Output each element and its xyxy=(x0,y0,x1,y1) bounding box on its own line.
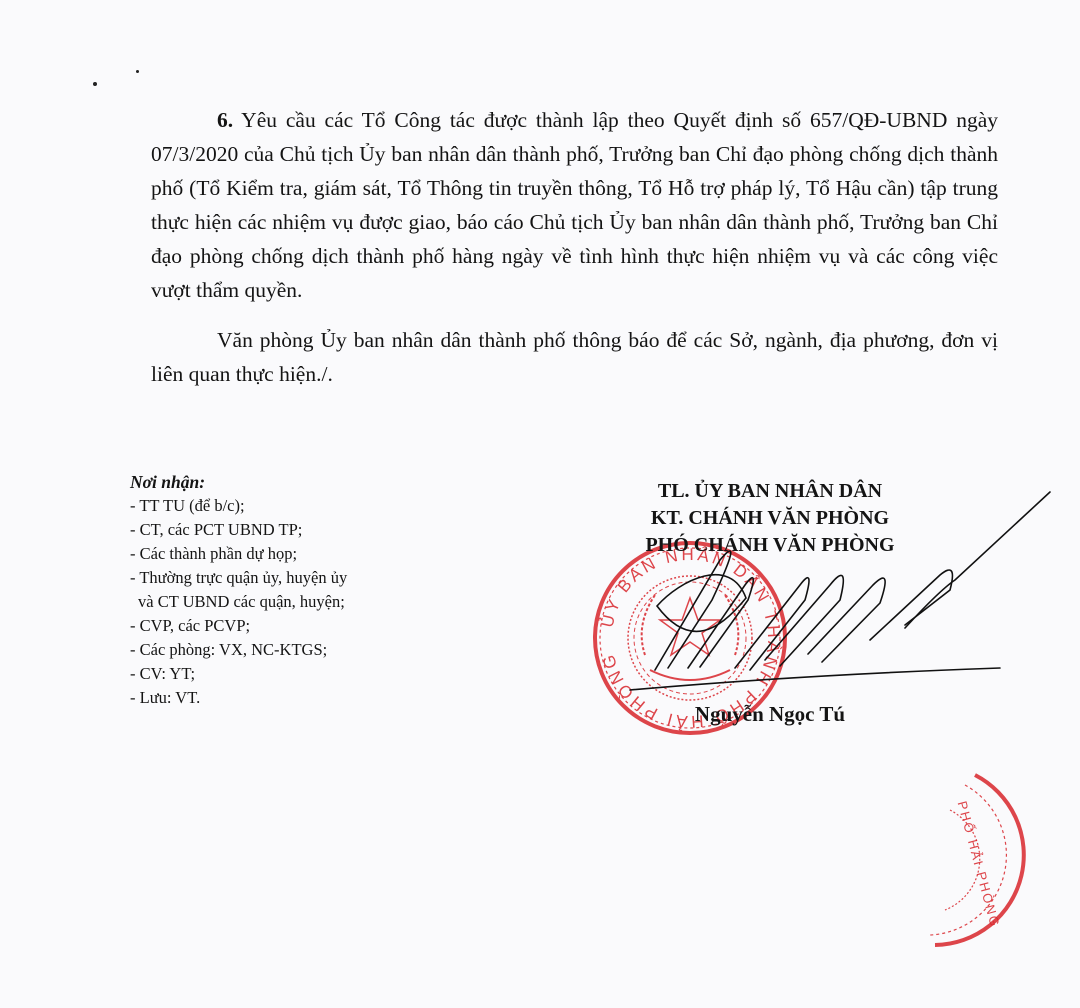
paragraph-item-6: 6. Yêu cầu các Tổ Công tác được thành lậ… xyxy=(151,103,998,307)
paragraph-text: Yêu cầu các Tổ Công tác được thành lập t… xyxy=(151,108,998,302)
stamp-partial-text: PHỐ HẢI PHÒNG xyxy=(955,799,1003,929)
recipient-item: - CV: YT; xyxy=(130,662,410,686)
signature-title: TL. ỦY BAN NHÂN DÂN KT. CHÁNH VĂN PHÒNG … xyxy=(600,478,940,559)
stamp-partial xyxy=(930,775,1024,945)
recipient-item: - TT TU (để b/c); xyxy=(130,494,410,518)
recipients-heading: Nơi nhận: xyxy=(130,470,410,494)
recipients-block: Nơi nhận: - TT TU (để b/c); - CT, các PC… xyxy=(130,470,410,710)
recipient-item: - Lưu: VT. xyxy=(130,686,410,710)
paragraph-closing: Văn phòng Ủy ban nhân dân thành phố thôn… xyxy=(151,323,998,391)
document-body: 6. Yêu cầu các Tổ Công tác được thành lậ… xyxy=(151,103,998,391)
signer-name: Nguyễn Ngọc Tú xyxy=(640,700,900,728)
recipient-item: - Các thành phần dự họp; xyxy=(130,542,410,566)
recipient-item: - CVP, các PCVP; xyxy=(130,614,410,638)
signature-title-line: PHÓ CHÁNH VĂN PHÒNG xyxy=(600,532,940,559)
recipient-item: - CT, các PCT UBND TP; xyxy=(130,518,410,542)
scan-speck xyxy=(136,70,139,73)
paragraph-text: Văn phòng Ủy ban nhân dân thành phố thôn… xyxy=(151,328,998,386)
recipient-item: - Các phòng: VX, NC-KTGS; xyxy=(130,638,410,662)
paragraph-number: 6. xyxy=(217,108,233,132)
recipient-item: và CT UBND các quận, huyện; xyxy=(130,590,410,614)
recipient-item: - Thường trực quận ủy, huyện ủy xyxy=(130,566,410,590)
signature-title-line: TL. ỦY BAN NHÂN DÂN xyxy=(600,478,940,505)
scan-speck xyxy=(93,82,97,86)
signature-title-line: KT. CHÁNH VĂN PHÒNG xyxy=(600,505,940,532)
